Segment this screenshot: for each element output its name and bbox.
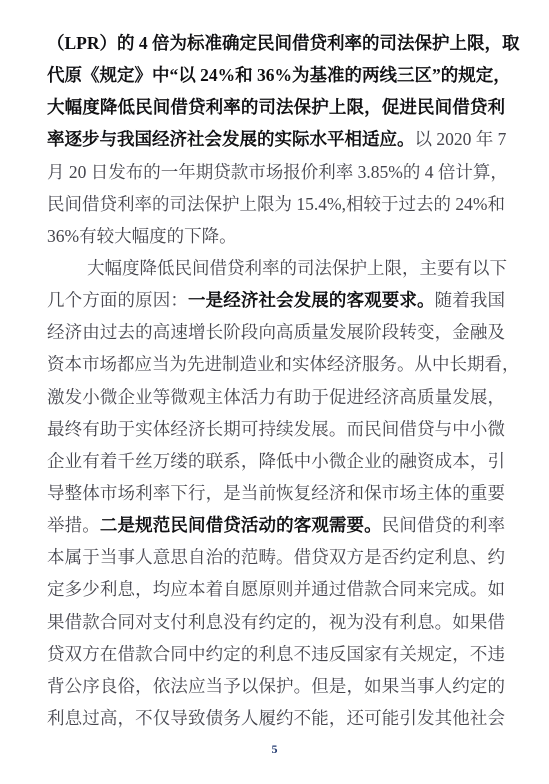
body-text: 企业有着千丝万缕的联系，降低中小微企业的融资成本，引 bbox=[47, 451, 505, 471]
text-line: 举措。二是规范民间借贷活动的客观需要。民间借贷的利率 bbox=[47, 509, 505, 541]
body-text: 月 20 日发布的一年期贷款市场报价利率 3.85%的 4 倍计算， bbox=[47, 162, 508, 182]
document-body: （LPR）的 4 倍为标准确定民间借贷利率的司法保护上限，取代原《规定》中“以 … bbox=[47, 27, 505, 734]
text-line: 资本市场都应当为先进制造业和实体经济服务。从中长期看， bbox=[47, 348, 505, 380]
body-text: 几个方面的原因： bbox=[47, 290, 188, 310]
body-text: 资本市场都应当为先进制造业和实体经济服务。从中长期看， bbox=[47, 354, 520, 374]
body-text: 经济由过去的高速增长阶段向高质量发展阶段转变，金融及 bbox=[47, 322, 505, 342]
text-line: 民间借贷利率的司法保护上限为 15.4%,相较于过去的 24%和 bbox=[47, 188, 505, 220]
text-line: 背公序良俗，依法应当予以保护。但是，如果当事人约定的 bbox=[47, 670, 505, 702]
body-text: 举措。 bbox=[47, 515, 100, 535]
text-line: 月 20 日发布的一年期贷款市场报价利率 3.85%的 4 倍计算， bbox=[47, 156, 505, 188]
text-line: 几个方面的原因：一是经济社会发展的客观要求。随着我国 bbox=[47, 284, 505, 316]
text-line: 导整体市场利率下行，是当前恢复经济和保市场主体的重要 bbox=[47, 477, 505, 509]
page-number: 5 bbox=[0, 742, 549, 757]
emphasis-text: （LPR）的 4 倍为标准确定民间借贷利率的司法保护上限，取 bbox=[47, 33, 520, 53]
text-line: 最终有助于实体经济长期可持续发展。而民间借贷与中小微 bbox=[47, 413, 505, 445]
text-line: 激发小微企业等微观主体活力有助于促进经济高质量发展， bbox=[47, 381, 505, 413]
text-line: 率逐步与我国经济社会发展的实际水平相适应。以 2020 年 7 bbox=[47, 123, 505, 155]
body-text: 民间借贷利率的司法保护上限为 15.4%,相较于过去的 24%和 bbox=[47, 194, 505, 214]
body-text: 随着我国 bbox=[435, 290, 505, 310]
text-line: 36%有较大幅度的下降。 bbox=[47, 220, 505, 252]
body-text: 以 2020 年 7 bbox=[415, 129, 507, 149]
emphasis-text: 大幅度降低民间借贷利率的司法保护上限，促进民间借贷利 bbox=[47, 97, 505, 117]
body-text: 36%有较大幅度的下降。 bbox=[47, 226, 237, 246]
body-text: 背公序良俗，依法应当予以保护。但是，如果当事人约定的 bbox=[47, 676, 505, 696]
document-page: （LPR）的 4 倍为标准确定民间借贷利率的司法保护上限，取代原《规定》中“以 … bbox=[0, 0, 549, 784]
text-line: 定多少利息，均应本着自愿原则并通过借款合同来完成。如 bbox=[47, 573, 505, 605]
text-line: 大幅度降低民间借贷利率的司法保护上限，促进民间借贷利 bbox=[47, 91, 505, 123]
text-line: 企业有着千丝万缕的联系，降低中小微企业的融资成本，引 bbox=[47, 445, 505, 477]
body-text: 果借款合同对支付利息没有约定的，视为没有利息。如果借 bbox=[47, 612, 505, 632]
text-line: 贷双方在借款合同中约定的利息不违反国家有关规定，不违 bbox=[47, 638, 505, 670]
body-text: 民间借贷的利率 bbox=[382, 515, 505, 535]
body-text: 最终有助于实体经济长期可持续发展。而民间借贷与中小微 bbox=[47, 419, 505, 439]
text-line: （LPR）的 4 倍为标准确定民间借贷利率的司法保护上限，取 bbox=[47, 27, 505, 59]
text-line: 利息过高，不仅导致债务人履约不能，还可能引发其他社会 bbox=[47, 702, 505, 734]
text-line: 经济由过去的高速增长阶段向高质量发展阶段转变，金融及 bbox=[47, 316, 505, 348]
emphasis-text: 代原《规定》中“以 24%和 36%为基准的两线三区”的规定， bbox=[47, 65, 511, 85]
body-text: 激发小微企业等微观主体活力有助于促进经济高质量发展， bbox=[47, 387, 505, 407]
text-line: 本属于当事人意思自治的范畴。借贷双方是否约定利息、约 bbox=[47, 541, 505, 573]
emphasis-text: 率逐步与我国经济社会发展的实际水平相适应。 bbox=[47, 129, 415, 149]
text-line: 大幅度降低民间借贷利率的司法保护上限，主要有以下 bbox=[47, 252, 505, 284]
text-line: 果借款合同对支付利息没有约定的，视为没有利息。如果借 bbox=[47, 606, 505, 638]
text-line: 代原《规定》中“以 24%和 36%为基准的两线三区”的规定， bbox=[47, 59, 505, 91]
body-text: 定多少利息，均应本着自愿原则并通过借款合同来完成。如 bbox=[47, 579, 505, 599]
emphasis-text: 二是规范民间借贷活动的客观需要。 bbox=[100, 515, 382, 535]
body-text: 导整体市场利率下行，是当前恢复经济和保市场主体的重要 bbox=[47, 483, 505, 503]
body-text: 贷双方在借款合同中约定的利息不违反国家有关规定，不违 bbox=[47, 644, 505, 664]
body-text: 大幅度降低民间借贷利率的司法保护上限，主要有以下 bbox=[87, 258, 507, 278]
body-text: 本属于当事人意思自治的范畴。借贷双方是否约定利息、约 bbox=[47, 547, 505, 567]
body-text: 利息过高，不仅导致债务人履约不能，还可能引发其他社会 bbox=[47, 708, 505, 728]
emphasis-text: 一是经济社会发展的客观要求。 bbox=[188, 290, 435, 310]
